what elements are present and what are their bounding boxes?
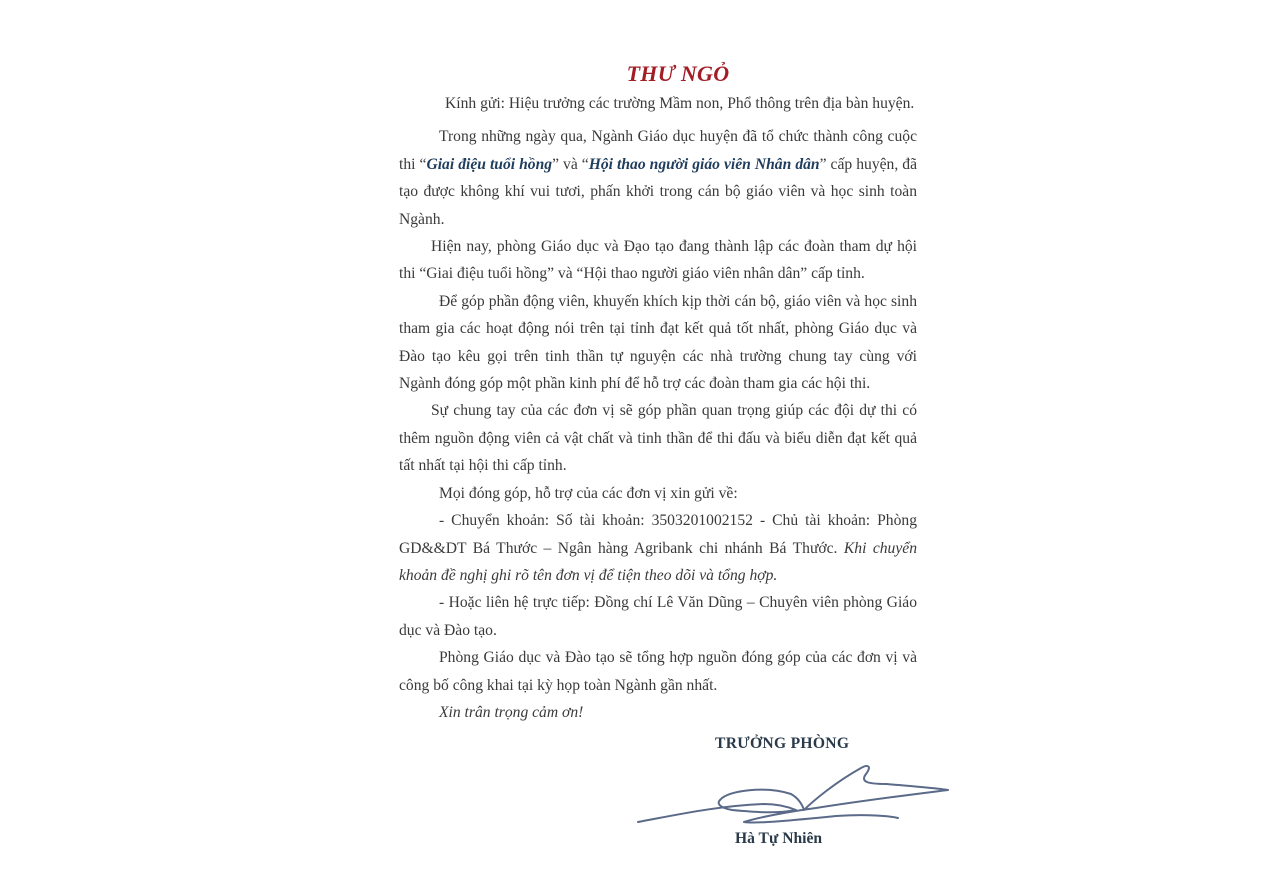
paragraph-intro: Trong những ngày qua, Ngành Giáo dục huy…: [399, 123, 917, 233]
signer-role: TRƯỞNG PHÒNG: [715, 735, 849, 753]
letter-title: THƯ NGỎ: [399, 58, 917, 90]
handwritten-signature-icon: [636, 760, 956, 832]
signer-name: Hà Tự Nhiên: [735, 830, 822, 848]
paragraph-appeal: Để góp phần động viên, khuyến khích kịp …: [399, 288, 917, 398]
paragraph-contribution-intro: Mọi đóng góp, hỗ trợ của các đơn vị xin …: [399, 480, 917, 507]
paragraph-current: Hiện nay, phòng Giáo dục và Đạo tạo đang…: [399, 233, 917, 288]
contest-name-2: Hội thao người giáo viên Nhân dân: [589, 156, 820, 173]
paragraph-impact: Sự chung tay của các đơn vị sẽ góp phần …: [399, 397, 917, 479]
contest-name-1: Giai điệu tuổi hồng: [426, 156, 552, 173]
open-letter: THƯ NGỎ Kính gửi: Hiệu trưởng các trường…: [399, 58, 917, 726]
document-page: THƯ NGỎ Kính gửi: Hiệu trưởng các trường…: [0, 0, 1284, 869]
bank-transfer-text: - Chuyển khoản: Số tài khoản: 3503201002…: [399, 512, 917, 556]
paragraph-summary: Phòng Giáo dục và Đào tạo sẽ tổng hợp ng…: [399, 644, 917, 699]
signature-block: TRƯỞNG PHÒNG Hà Tự Nhiên: [636, 732, 956, 857]
paragraph-intro-middle: ” và “: [552, 156, 589, 173]
closing-thanks: Xin trân trọng cảm ơn!: [399, 699, 917, 726]
bank-transfer-info: - Chuyển khoản: Số tài khoản: 3503201002…: [399, 507, 917, 589]
direct-contact-info: - Hoặc liên hệ trực tiếp: Đồng chí Lê Vă…: [399, 589, 917, 644]
letter-greeting: Kính gửi: Hiệu trưởng các trường Mầm non…: [399, 90, 917, 117]
